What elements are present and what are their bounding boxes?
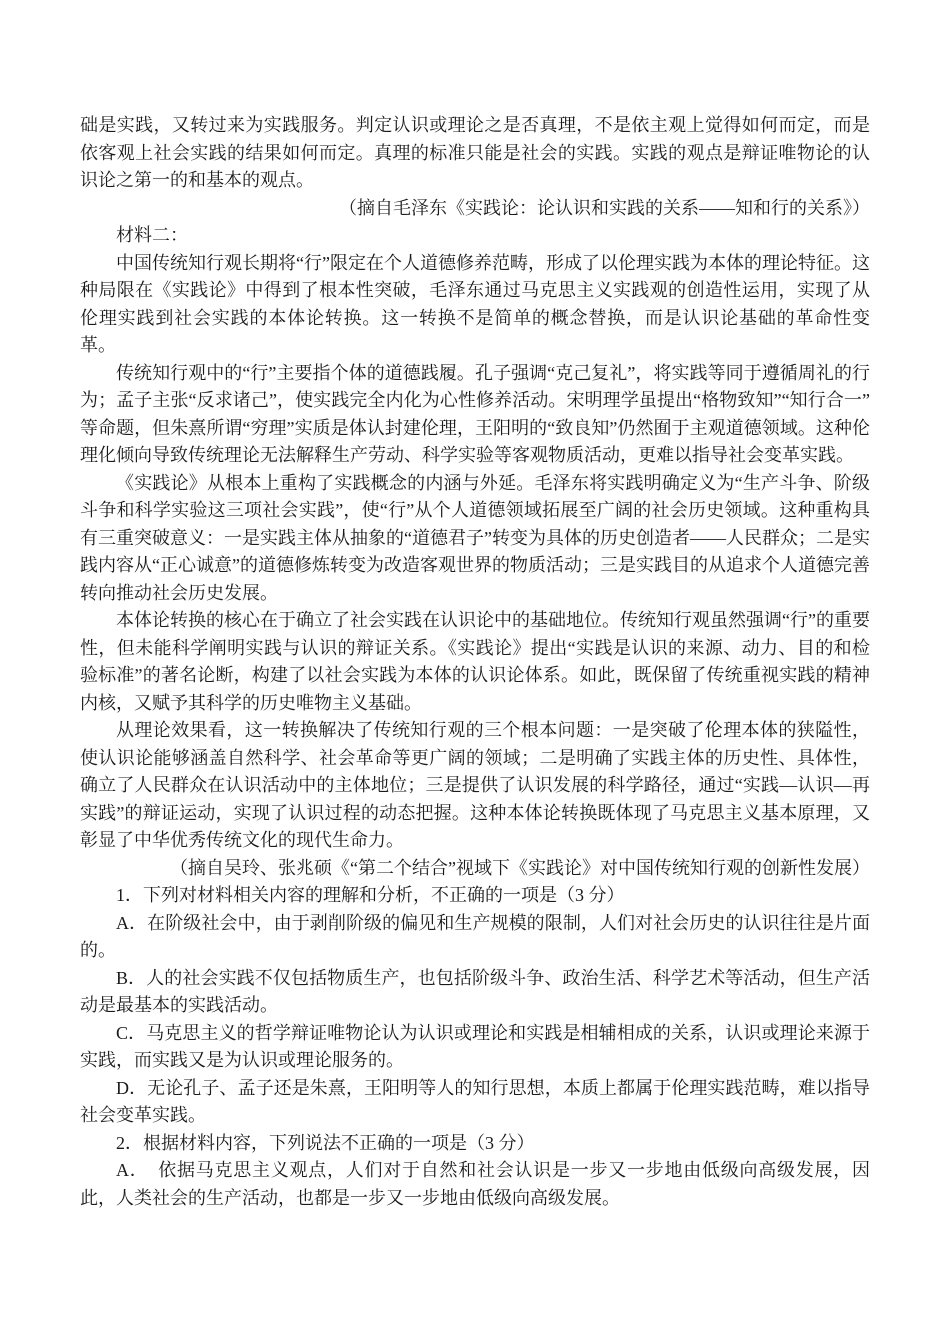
material-two-paragraph: 传统知行观中的“行”主要指个体的道德践履。孔子强调“克己复礼”，将实践等同于遵循… (80, 360, 870, 470)
material-two-paragraph: 从理论效果看，这一转换解决了传统知行观的三个根本问题：一是突破了伦理本体的狭隘性… (80, 717, 870, 855)
question-1-option-d: D．无论孔子、孟子还是朱熹，王阳明等人的知行思想，本质上都属于伦理实践范畴，难以… (80, 1075, 870, 1130)
material-one-body-end: 础是实践，又转过来为实践服务。判定认识或理论之是否真理，不是依主观上觉得如何而定… (80, 112, 870, 195)
material-two-heading: 材料二： (80, 222, 870, 250)
question-1-stem: 1．下列对材料相关内容的理解和分析，不正确的一项是（3 分） (80, 882, 870, 910)
material-one-attribution: （摘自毛泽东《实践论：论认识和实践的关系——知和行的关系》） (80, 195, 870, 223)
material-two-paragraph: 《实践论》从根本上重构了实践概念的内涵与外延。毛泽东将实践明确定义为“生产斗争、… (80, 470, 870, 608)
question-2-stem: 2．根据材料内容，下列说法不正确的一项是（3 分） (80, 1130, 870, 1158)
question-1-option-b: B．人的社会实践不仅包括物质生产，也包括阶级斗争、政治生活、科学艺术等活动，但生… (80, 965, 870, 1020)
material-two-paragraph: 中国传统知行观长期将“行”限定在个人道德修养范畴，形成了以伦理实践为本体的理论特… (80, 250, 870, 360)
material-two-paragraph: 本体论转换的核心在于确立了社会实践在认识论中的基础地位。传统知行观虽然强调“行”… (80, 607, 870, 717)
question-2-option-a: A． 依据马克思主义观点，人们对于自然和社会认识是一步又一步地由低级向高级发展，… (80, 1157, 870, 1212)
material-two-attribution: （摘自吴玲、张兆硕《“第二个结合”视域下《实践论》对中国传统知行观的创新性发展） (80, 855, 870, 883)
document-page: 础是实践，又转过来为实践服务。判定认识或理论之是否真理，不是依主观上觉得如何而定… (0, 0, 950, 1343)
question-1-option-c: C．马克思主义的哲学辩证唯物论认为认识或理论和实践是相辅相成的关系，认识或理论来… (80, 1020, 870, 1075)
reading-passage: 础是实践，又转过来为实践服务。判定认识或理论之是否真理，不是依主观上觉得如何而定… (80, 112, 870, 1212)
question-1-option-a: A．在阶级社会中，由于剥削阶级的偏见和生产规模的限制，人们对社会历史的认识往往是… (80, 910, 870, 965)
